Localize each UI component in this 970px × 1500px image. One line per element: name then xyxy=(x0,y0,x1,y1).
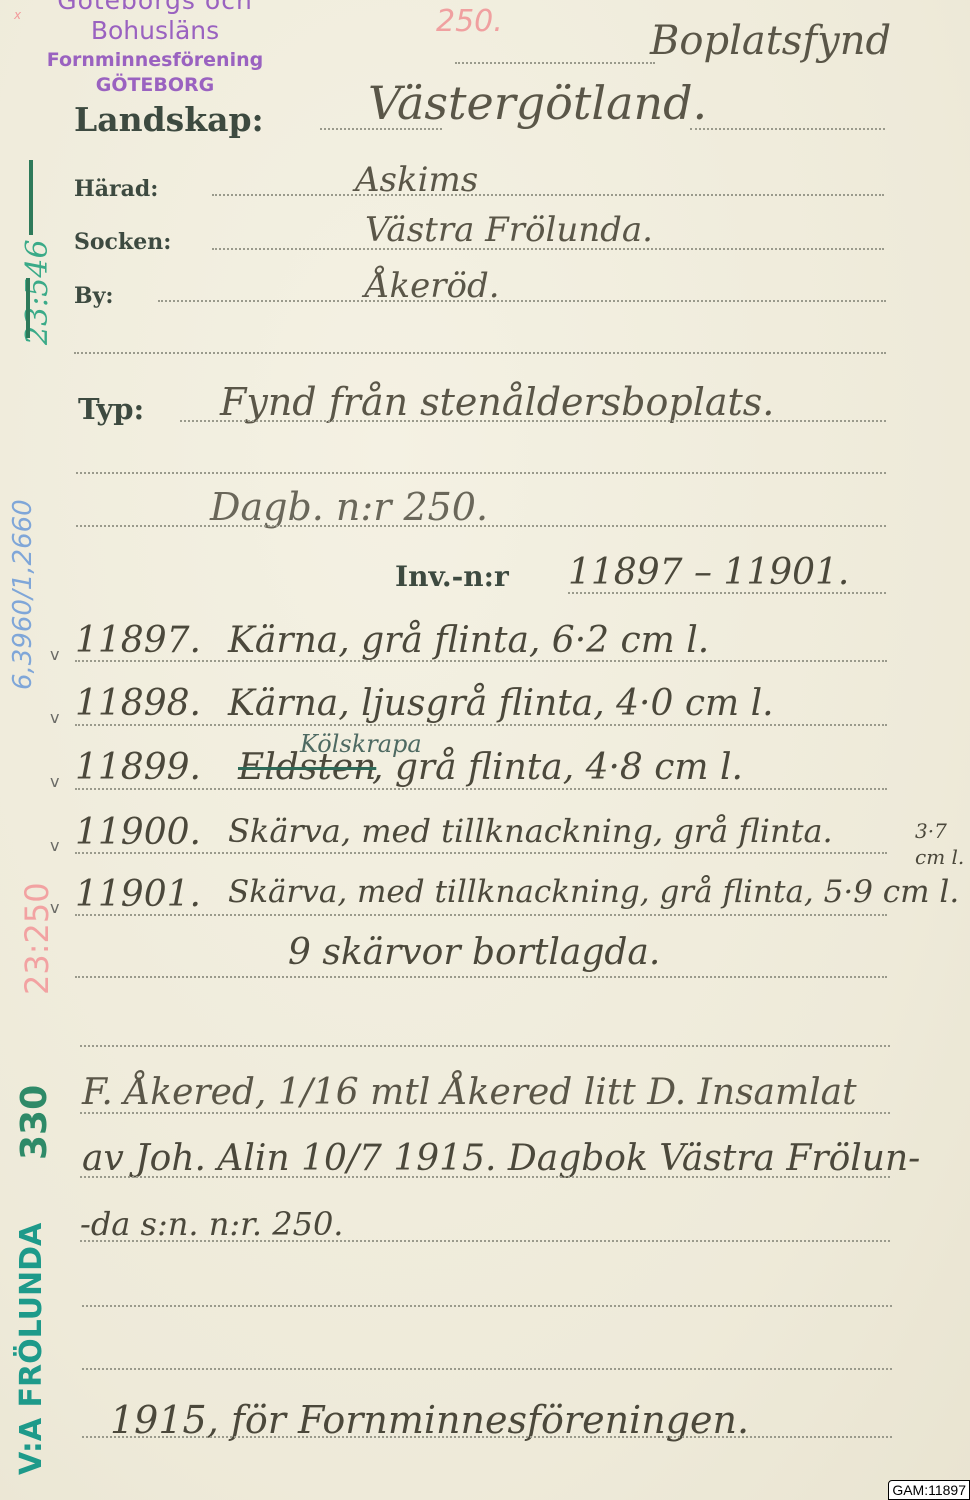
find-note-rule-1 xyxy=(80,1112,890,1114)
item-number: 11901. xyxy=(75,874,201,915)
society-stamp: Göteborgs och Bohusläns Fornminnesföreni… xyxy=(20,0,290,95)
dagbok-reference: Dagb. n:r 250. xyxy=(210,485,488,529)
blank-rule-1 xyxy=(74,352,886,354)
category-handwriting: Boplatsfynd xyxy=(650,18,891,64)
margin-strike-bar-1 xyxy=(29,160,33,235)
check-mark-icon: v xyxy=(50,645,59,664)
by-rule xyxy=(158,300,886,302)
landskap-rule-left xyxy=(320,128,442,130)
dagbok-rule xyxy=(76,525,886,527)
margin-red-reference: 23:250 xyxy=(18,882,56,995)
stamp-line-4: GÖTEBORG xyxy=(20,76,290,95)
item-description: , grå flinta, 4·8 cm l. xyxy=(372,747,743,788)
harad-label: Härad: xyxy=(74,176,158,202)
item-description: Skärva, med tillknackning, grå flinta. xyxy=(228,812,833,850)
inv-value: 11897 – 11901. xyxy=(568,552,849,593)
inv-label: Inv.-n:r xyxy=(395,560,509,593)
stamp-line-2: Bohusläns xyxy=(20,18,290,43)
stamp-line-3: Fornminnesförening xyxy=(20,51,290,70)
typ-rule xyxy=(180,420,886,422)
item-rule xyxy=(75,914,887,916)
landskap-label: Landskap: xyxy=(74,100,264,139)
item-number: 11899. xyxy=(75,747,201,788)
find-note-line-2: av Joh. Alin 10/7 1915. Dagbok Västra Fr… xyxy=(82,1138,920,1179)
acquisition-rule xyxy=(82,1436,892,1438)
item-number: 11900. xyxy=(75,812,201,853)
check-mark-icon: v xyxy=(50,772,59,791)
item-number: 11898. xyxy=(75,683,201,724)
category-rule xyxy=(455,62,655,64)
stamp-line-1: Göteborgs och xyxy=(20,0,290,13)
blank-rule-5 xyxy=(82,1368,892,1370)
item-rule xyxy=(75,852,887,854)
find-note-line-1: F. Åkered, 1/16 mtl Åkered litt D. Insam… xyxy=(82,1072,857,1113)
harad-rule xyxy=(212,194,884,196)
find-note-rule-2 xyxy=(80,1176,890,1178)
item-description: Kärna, grå flinta, 6·2 cm l. xyxy=(228,620,709,661)
margin-parish-number: 330 xyxy=(14,1085,55,1160)
discarded-note: 9 skärvor bortlagda. xyxy=(288,932,660,973)
blank-rule-3 xyxy=(80,1045,890,1047)
inv-rule xyxy=(568,592,886,594)
blank-rule-4 xyxy=(82,1305,892,1307)
item-description: Kärna, ljusgrå flinta, 4·0 cm l. xyxy=(228,683,774,724)
landskap-value: Västergötland. xyxy=(368,76,707,130)
margin-blue-coordinates: 6,3960/1,2660 xyxy=(8,499,38,690)
item-rule xyxy=(75,660,887,662)
landskap-rule-right xyxy=(690,128,885,130)
margin-strike-bar-2 xyxy=(26,278,30,338)
socken-value: Västra Frölunda. xyxy=(365,210,653,250)
blank-rule-2 xyxy=(76,472,886,474)
find-note-rule-3 xyxy=(80,1240,890,1242)
by-label: By: xyxy=(74,283,114,309)
catalog-id-label: GAM:11897 xyxy=(888,1480,970,1500)
discarded-rule xyxy=(75,976,887,978)
red-x-mark: x xyxy=(14,8,21,22)
red-number-annotation: 250. xyxy=(436,4,503,39)
item-rule xyxy=(75,788,887,790)
check-mark-icon: v xyxy=(50,836,59,855)
typ-value: Fynd från stenåldersboplats. xyxy=(220,380,774,424)
typ-label: Typ: xyxy=(78,392,144,426)
socken-rule xyxy=(212,248,884,250)
item-size: 3·7 cm l. xyxy=(915,818,965,870)
item-description: Skärva, med tillknackning, grå flinta, 5… xyxy=(228,874,959,910)
item-rule xyxy=(75,724,887,726)
find-note-line-3: -da s:n. n:r. 250. xyxy=(80,1205,343,1243)
margin-parish-label: V:A FRÖLUNDA xyxy=(14,1223,49,1475)
check-mark-icon: v xyxy=(50,708,59,727)
socken-label: Socken: xyxy=(74,229,171,255)
item-number: 11897. xyxy=(75,620,201,661)
